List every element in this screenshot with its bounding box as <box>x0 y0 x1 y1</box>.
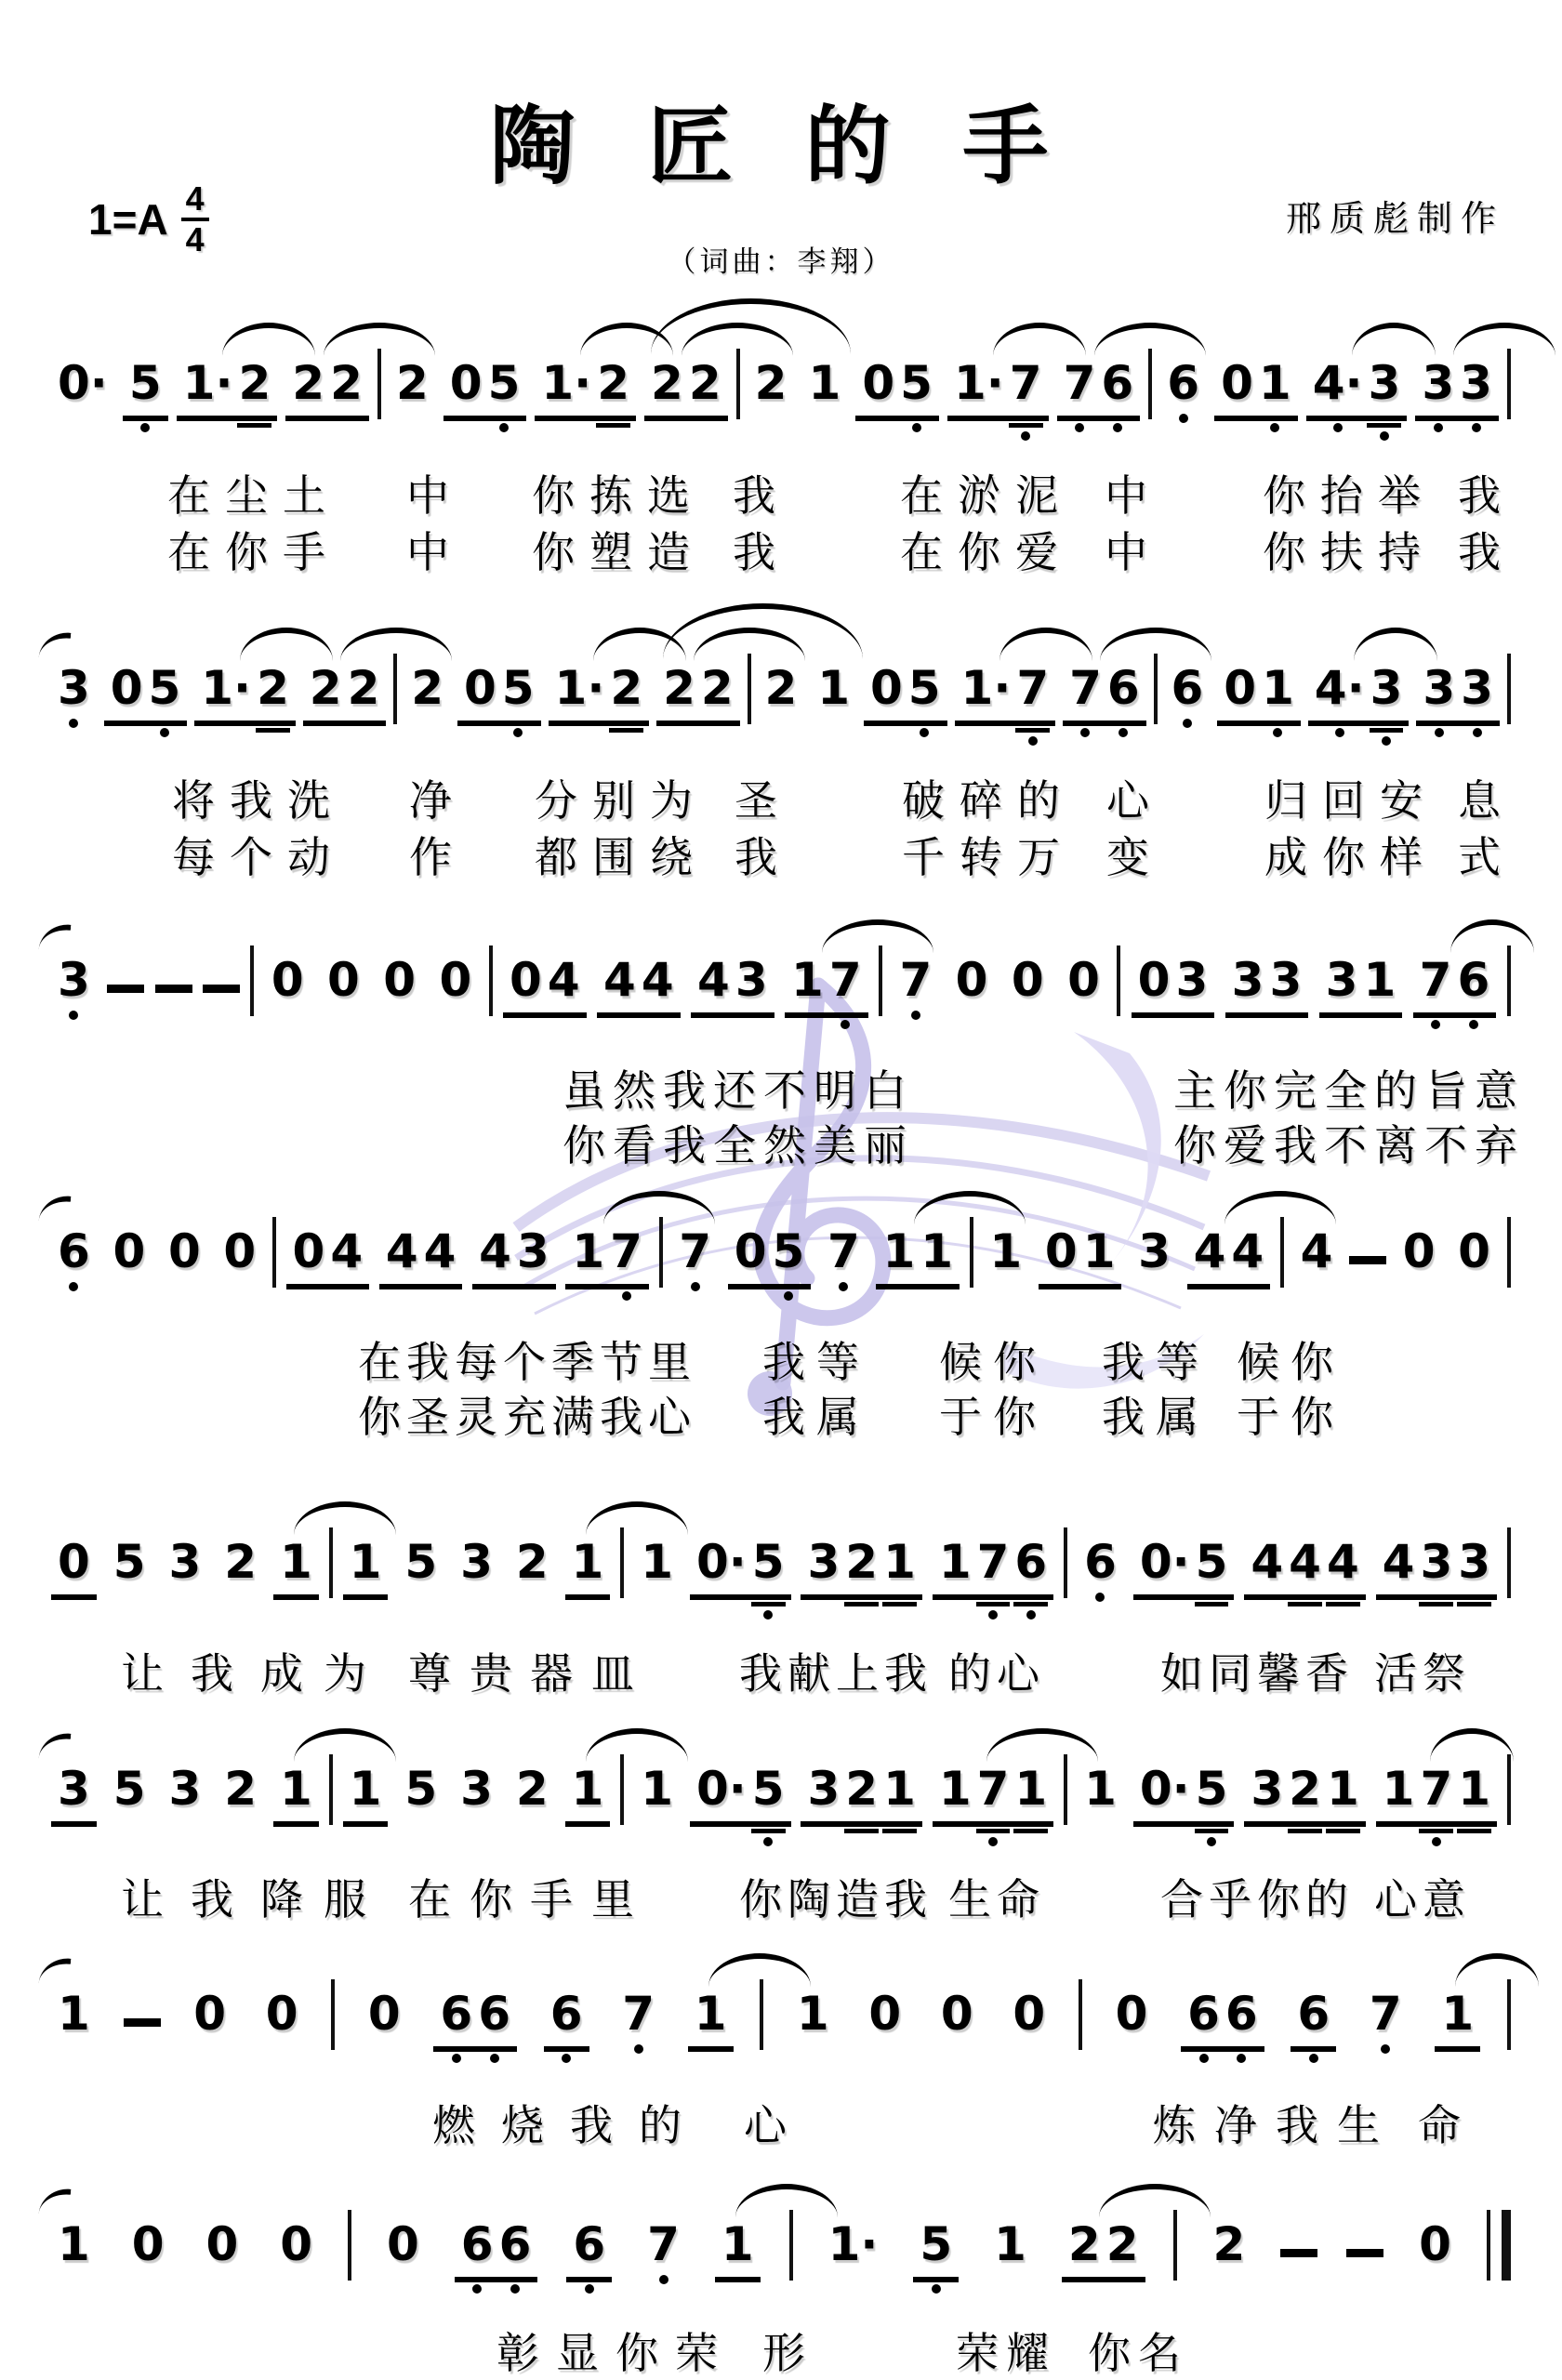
barline <box>1064 1527 1067 1598</box>
barline <box>659 1217 663 1288</box>
note-group: 1 <box>987 2219 1033 2282</box>
lyric-segment: 我等 <box>1102 1329 1210 1390</box>
lyric-segment: 皿 <box>591 1640 640 1701</box>
note-group: 2 <box>510 1764 555 1827</box>
note: 5 <box>402 1764 440 1815</box>
lyric-segment: 于你 <box>939 1383 1047 1445</box>
note-group: 05 <box>855 358 939 421</box>
lyric-segment: 中 <box>1105 519 1153 580</box>
barline <box>736 349 740 419</box>
note-group: 31 <box>1319 955 1403 1018</box>
lyric-segment: 你圣灵充满我心 <box>358 1383 696 1445</box>
note: 6 <box>1294 1989 1332 2040</box>
low-octave-dot <box>988 1610 998 1620</box>
note-group: 5 <box>107 1764 152 1827</box>
low-octave-dot <box>510 2284 520 2294</box>
lyric-segment: 净 <box>409 767 457 828</box>
note: 0 <box>380 955 418 1006</box>
lyric-segment: 心 <box>744 2092 792 2153</box>
note: 3 <box>1229 955 1267 1006</box>
note: 4 <box>1324 1537 1362 1588</box>
slur-tie <box>1430 1728 1514 1762</box>
notation-line-4: 600004444317705711101344400 <box>51 1217 1511 1289</box>
lyric-segment: 圣 <box>735 767 783 828</box>
note-group: 43 <box>691 955 774 1018</box>
note: 3 <box>1323 955 1361 1006</box>
note: 5 <box>917 2219 955 2270</box>
phrase-slur <box>663 603 863 659</box>
slur-tie <box>240 628 333 661</box>
note: 6 <box>548 1989 586 2040</box>
note: 1 <box>880 1537 919 1588</box>
note-group: 0 <box>51 1537 97 1600</box>
low-octave-dot <box>1273 728 1282 737</box>
low-octave-dot <box>1021 431 1030 441</box>
sixteenth-beam <box>256 728 290 733</box>
note: 5 <box>146 663 184 714</box>
note-group: 1 <box>790 1989 836 2052</box>
low-octave-dot <box>499 423 509 432</box>
slur-tie <box>324 323 435 356</box>
note: 2 <box>686 358 724 409</box>
note-group: 3 <box>162 1537 207 1600</box>
lyric-segment: 尊 <box>408 1640 457 1701</box>
lyric-segment: 如同馨香 <box>1160 1640 1354 1701</box>
lyric-row-2: 在你手中你塑造我在你爱中你扶持我 <box>0 519 1562 569</box>
note: 0· <box>694 1537 749 1588</box>
note-group: 0 <box>362 1989 407 2052</box>
sixteenth-beam <box>237 423 271 428</box>
note: 1 <box>1360 955 1398 1006</box>
low-octave-dot <box>1380 431 1389 441</box>
note-group: 1 <box>273 1537 319 1600</box>
note: 3 <box>1266 955 1304 1006</box>
note: 7 <box>974 1764 1013 1815</box>
barline <box>250 945 254 1016</box>
sixteenth-beam <box>1457 1602 1491 1606</box>
note: 3 <box>1458 663 1496 714</box>
note-group: 05 <box>457 663 541 726</box>
note-group: 1 <box>634 1764 680 1827</box>
note-group: 11 <box>876 1226 960 1289</box>
lyric-segment: 候你 <box>1237 1329 1344 1390</box>
sheet-music-page: 陶 匠 的 手 1=A 4 4 邢质彪制作 （词曲：李翔） 0·51·22220… <box>0 0 1562 2380</box>
slur-tie <box>708 1953 811 1987</box>
note-group: 17 <box>785 955 868 1018</box>
arranger-credit: 邢质彪制作 <box>1286 190 1504 241</box>
sixteenth-beam <box>1326 1602 1360 1606</box>
note-group: 3 <box>162 1764 207 1827</box>
note: 1 <box>1259 663 1297 714</box>
note: 5 <box>485 358 523 409</box>
low-octave-dot <box>763 1837 773 1846</box>
barline <box>748 654 751 724</box>
low-octave-dot <box>1183 719 1192 728</box>
slur-tie <box>1094 323 1206 356</box>
note: 2 <box>752 358 790 409</box>
lyric-segment: 破碎的 <box>902 767 1075 828</box>
barline <box>970 1217 973 1288</box>
sixteenth-beam <box>976 1829 1011 1833</box>
lyric-segment: 燃烧我的 <box>432 2092 708 2153</box>
note: 0· <box>1137 1537 1193 1588</box>
note: 6 <box>1454 955 1492 1006</box>
barline <box>1154 654 1158 724</box>
sixteenth-beam <box>844 1602 879 1606</box>
note-group: 444 <box>1244 1537 1365 1600</box>
lyric-segment: 主你完全的旨意 <box>1173 1057 1525 1118</box>
note: 6 <box>1169 663 1207 714</box>
note: 1 <box>794 1989 832 2040</box>
note-group: 76 <box>1413 955 1497 1018</box>
slur-tie <box>222 323 315 356</box>
barline <box>620 1527 624 1598</box>
lyric-segment: 你名 <box>1088 2320 1188 2380</box>
note-group: 1·7 <box>947 358 1049 421</box>
note-group: 3 <box>51 955 97 1018</box>
sixteenth-beam <box>1288 1829 1322 1833</box>
note: 7 <box>825 1226 863 1277</box>
note: 7 <box>1417 1764 1455 1815</box>
note-group: 4·3 <box>1308 663 1410 726</box>
note-group: 3 <box>454 1537 499 1600</box>
note: 7 <box>1417 955 1455 1006</box>
tie-continuation <box>39 1955 72 1986</box>
low-octave-dot <box>490 2054 499 2063</box>
key-label: 1=A <box>88 194 168 245</box>
note: 6 <box>1012 1537 1050 1588</box>
note-group: 1 <box>273 1764 319 1827</box>
note: 3 <box>457 1537 496 1588</box>
note-group: 0 <box>273 2219 319 2282</box>
note: 3 <box>1417 1537 1455 1588</box>
low-octave-dot <box>1473 728 1482 737</box>
lyric-segment: 心 <box>1106 767 1155 828</box>
note-group: 1 <box>565 1764 611 1827</box>
note: 1 <box>1081 1764 1119 1815</box>
barline <box>329 1527 333 1598</box>
note-group: 6 <box>1160 358 1206 421</box>
note-group: 0·5 <box>690 1764 791 1827</box>
note-group: 05 <box>443 358 527 421</box>
note-group: 7 <box>893 955 938 1018</box>
lyric-segment: 你 <box>470 1866 518 1927</box>
note-group: 03 <box>1132 955 1215 1018</box>
note-group: 0 <box>187 1989 232 2052</box>
note: 0 <box>732 1226 770 1277</box>
slur-tie <box>1453 323 1555 356</box>
slur-tie <box>1224 1191 1336 1224</box>
low-octave-dot <box>140 423 150 432</box>
note: 0 <box>1010 1989 1048 2040</box>
low-octave-dot <box>912 423 921 432</box>
lyric-segment: 成你样 <box>1264 824 1437 885</box>
note: 2 <box>393 358 431 409</box>
note-group: 0 <box>377 955 422 1018</box>
note: 2 <box>594 358 632 409</box>
note: 1 <box>1256 358 1294 409</box>
low-octave-dot <box>841 1020 850 1029</box>
note-group: 1 <box>343 1764 389 1827</box>
lyric-segment: 彰显你荣 <box>496 2320 735 2380</box>
lyric-row-11: 燃烧我的心炼净我生命 <box>0 2092 1562 2142</box>
note: 4· <box>1310 358 1366 409</box>
note: 0 <box>1218 358 1256 409</box>
note: 7 <box>676 1226 714 1277</box>
note-group: 1 <box>811 663 856 726</box>
low-octave-dot <box>1237 2054 1246 2063</box>
lyric-segment: 命 <box>1418 2092 1466 2153</box>
lyric-segment: 你看我全然美丽 <box>563 1112 914 1173</box>
low-octave-dot <box>1435 728 1444 737</box>
lyric-row-5: 虽然我还不明白主你完全的旨意 <box>0 1057 1562 1107</box>
low-octave-dot <box>1382 736 1391 746</box>
lyric-segment: 中 <box>406 519 455 580</box>
note-group: 22 <box>656 663 740 726</box>
low-octave-dot <box>69 1282 78 1291</box>
notation-line-7: 1000666711000066671 <box>51 1979 1511 2052</box>
note: 1 <box>991 2219 1029 2270</box>
note: 1 <box>569 1226 607 1277</box>
lyric-segment: 里 <box>591 1866 640 1927</box>
low-octave-dot <box>1333 423 1343 432</box>
low-octave-dot <box>1113 423 1122 432</box>
lyric-segment: 每个动 <box>172 824 345 885</box>
note-group: 0 <box>380 2219 426 2282</box>
note-group: 0 <box>432 955 478 1018</box>
note: 7 <box>1066 663 1105 714</box>
lyric-segment: 你陶造我 <box>739 1866 933 1927</box>
note-group: 171 <box>1376 1764 1497 1827</box>
note-group: 2 <box>404 663 450 726</box>
note-group: 2 <box>1206 2219 1251 2282</box>
note-group: 5 <box>123 358 168 421</box>
low-octave-dot <box>513 728 523 737</box>
sixteenth-beam <box>1195 1829 1229 1833</box>
note-group: 43 <box>472 1226 556 1289</box>
sixteenth-beam <box>1013 1829 1048 1833</box>
low-octave-dot <box>691 1282 700 1291</box>
low-octave-dot <box>472 2284 482 2294</box>
barline <box>1507 1217 1511 1288</box>
note: 1 <box>1380 1764 1418 1815</box>
note-group: 44 <box>597 955 681 1018</box>
note: 4 <box>327 1226 365 1277</box>
note-group: 0 <box>1412 2219 1458 2282</box>
note-group: 0 <box>126 2219 171 2282</box>
lyric-segment: 器 <box>530 1640 578 1701</box>
note: 2 <box>345 663 383 714</box>
note-group: 0 <box>1451 1226 1497 1289</box>
note-group: 7 <box>672 1226 718 1289</box>
low-octave-dot <box>1207 1837 1216 1846</box>
note: 0 <box>220 1226 258 1277</box>
note: 2 <box>698 663 736 714</box>
note-group: 0 <box>200 2219 245 2282</box>
note-group: 0 <box>1109 1989 1155 2052</box>
note-group: 76 <box>1057 358 1141 421</box>
note-group: 1 <box>1435 1989 1480 2052</box>
note-group: 33 <box>1415 358 1499 421</box>
sixteenth-beam <box>1457 1829 1491 1833</box>
note: 7 <box>1013 663 1052 714</box>
note-group: 1 <box>802 358 848 421</box>
note-group: 0 <box>862 1989 907 2052</box>
low-octave-dot <box>622 1291 631 1301</box>
low-octave-dot <box>1080 728 1090 737</box>
note-group: 4·3 <box>1306 358 1408 421</box>
note: 1 <box>1324 1764 1362 1815</box>
sixteenth-beam <box>1419 1602 1453 1606</box>
note: 0 <box>859 358 897 409</box>
note: 0 <box>1065 955 1103 1006</box>
slur-tie <box>1455 1953 1539 1987</box>
note-group: 0· <box>51 358 114 421</box>
lyric-row-7: 在我每个季节里我等候你我等候你 <box>0 1329 1562 1379</box>
barline <box>760 1979 763 2050</box>
note: 5 <box>906 663 944 714</box>
note: 0 <box>1416 2219 1454 2270</box>
note: 6 <box>570 2219 608 2270</box>
low-octave-dot <box>452 2054 461 2063</box>
low-octave-dot <box>1434 423 1443 432</box>
note: 2 <box>607 663 645 714</box>
note: 5 <box>749 1764 788 1815</box>
note: 3 <box>1135 1226 1173 1277</box>
note: 2 <box>762 663 801 714</box>
barline <box>1148 349 1152 419</box>
tie-continuation <box>39 2186 72 2216</box>
lyric-segment: 降 <box>260 1866 309 1927</box>
barline <box>1507 1527 1511 1598</box>
lyric-row-8: 你圣灵充满我心我属于你我属于你 <box>0 1383 1562 1434</box>
note-group: 01 <box>1214 358 1298 421</box>
note: 7 <box>1007 358 1045 409</box>
low-octave-dot <box>69 1011 78 1020</box>
note: 0 <box>1455 1226 1493 1277</box>
note-group: 66 <box>455 2219 538 2282</box>
barline <box>1507 654 1511 724</box>
low-octave-dot <box>988 1837 998 1846</box>
note-group: 321 <box>801 1764 921 1827</box>
lyric-segment: 荣耀 <box>956 2320 1056 2380</box>
low-octave-dot <box>1179 414 1188 423</box>
barline <box>348 2210 351 2281</box>
note: 1 <box>692 1989 730 2040</box>
note: 1 <box>880 1226 918 1277</box>
slur-tie <box>1100 628 1211 661</box>
note-group: 33 <box>1416 663 1500 726</box>
note: 0· <box>1137 1764 1193 1815</box>
note-group: 0 <box>934 1989 980 2052</box>
note: 1 <box>347 1764 385 1815</box>
duration-dash <box>107 985 144 993</box>
note: 3 <box>55 1764 93 1815</box>
note-group: 2 <box>390 358 435 421</box>
note: 3 <box>804 1537 842 1588</box>
lyric-segment: 候你 <box>939 1329 1047 1390</box>
low-octave-dot <box>585 2284 594 2294</box>
note-group: 5 <box>398 1764 443 1827</box>
note-group: 1·7 <box>955 663 1056 726</box>
notation-line-1: 0·51·2222051·22221051·7766014·333 <box>51 349 1511 421</box>
barline <box>377 349 381 419</box>
sixteenth-beam <box>596 423 630 428</box>
slur-tie <box>603 1191 715 1224</box>
note: 4 <box>1228 1226 1266 1277</box>
lyric-segment: 中 <box>1105 462 1153 523</box>
sixteenth-beam <box>1009 423 1043 428</box>
note-group: 1· <box>822 2219 885 2282</box>
note: 3 <box>804 1764 842 1815</box>
lyric-segment: 在你手 <box>167 519 340 580</box>
low-octave-dot <box>932 2284 941 2294</box>
note-group: 1 <box>343 1537 389 1600</box>
lyric-segment: 炼净我生 <box>1153 2092 1398 2153</box>
note-group: 2 <box>218 1537 263 1600</box>
note: 0 <box>191 1989 229 2040</box>
low-octave-dot <box>763 1610 773 1620</box>
duration-dash <box>203 985 240 993</box>
note: 1 <box>1080 1226 1119 1277</box>
note: 6 <box>458 2219 496 2270</box>
sixteenth-beam <box>976 1602 1011 1606</box>
barline <box>1507 349 1511 419</box>
note: 3 <box>55 955 93 1006</box>
low-octave-dot <box>784 1291 793 1301</box>
note: 3 <box>1368 663 1406 714</box>
note-group: 22 <box>285 358 369 421</box>
note: 3 <box>1457 358 1495 409</box>
slur-tie <box>914 1191 1026 1224</box>
note-group: 0 <box>1397 1226 1442 1289</box>
barline <box>329 1754 333 1825</box>
note-group: 2 <box>510 1537 555 1600</box>
note-group: 1 <box>1078 1764 1123 1827</box>
note: 0 <box>447 358 485 409</box>
note-group: 0·5 <box>1133 1764 1235 1827</box>
note-group: 0 <box>217 1226 262 1289</box>
lyric-segment: 虽然我还不明白 <box>563 1057 914 1118</box>
note: 4 <box>601 955 639 1006</box>
note: 7 <box>896 955 934 1006</box>
low-octave-dot <box>1075 423 1084 432</box>
note: 1 <box>55 1989 93 2040</box>
lyric-segment: 我属 <box>1102 1383 1210 1445</box>
low-octave-dot <box>160 728 169 737</box>
note: 5 <box>897 358 935 409</box>
note-group: 1·2 <box>177 358 278 421</box>
final-barline <box>1487 2210 1511 2281</box>
sixteenth-beam <box>1288 1602 1322 1606</box>
phrase-slur <box>651 298 851 354</box>
lyric-segment: 在我每个季节里 <box>358 1329 696 1390</box>
slur-tie <box>986 1728 1098 1762</box>
note-group: 0 <box>1061 955 1106 1018</box>
note: 1 <box>1012 1764 1050 1815</box>
note: 6 <box>1081 1537 1119 1588</box>
note: 4 <box>695 955 733 1006</box>
lyric-segment: 你扶持 <box>1263 519 1436 580</box>
low-octave-dot <box>839 1282 848 1291</box>
note: 3 <box>1455 1537 1493 1588</box>
note-group: 0 <box>162 1226 207 1289</box>
note: 1· <box>959 663 1014 714</box>
lyric-segment: 让 <box>121 1866 169 1927</box>
lyric-segment: 我 <box>1458 519 1506 580</box>
note-group: 7 <box>1363 1989 1409 2052</box>
note-group: 3 <box>51 663 97 726</box>
